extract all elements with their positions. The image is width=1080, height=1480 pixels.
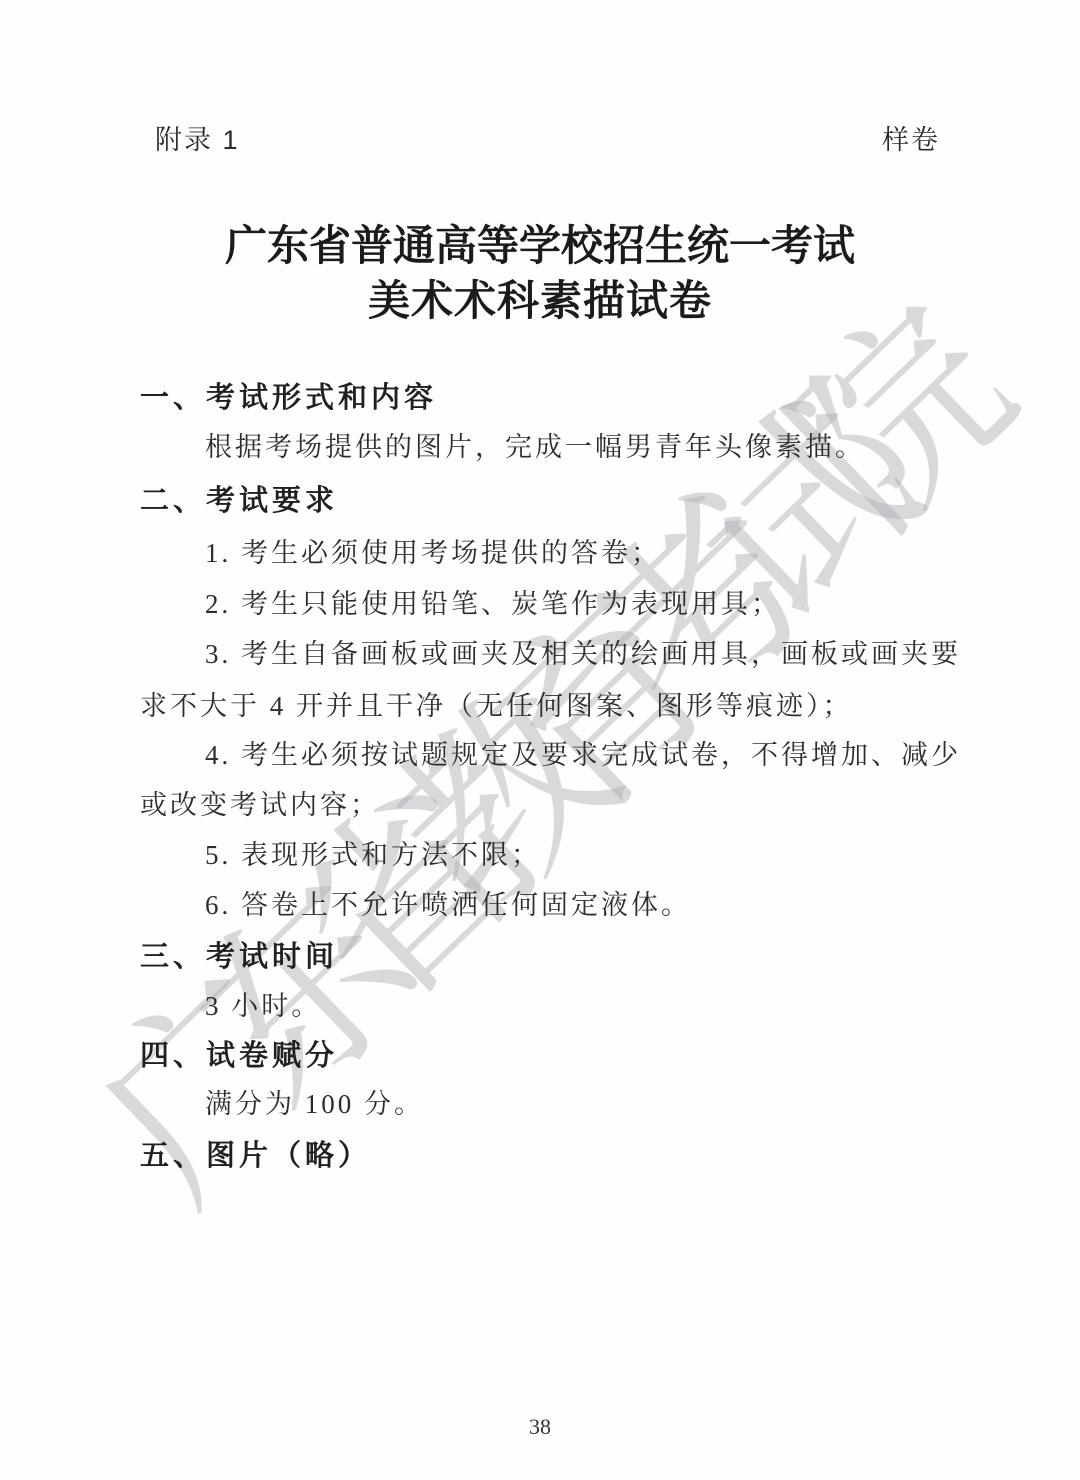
document-title-line2: 美术术科素描试卷 (0, 268, 1080, 328)
section-heading-2: 二、考试要求 (140, 483, 338, 519)
text-line: 求不大于 4 开并且干净（无任何图案、图形等痕迹）； (140, 690, 853, 724)
text-line: 4. 考生必须按试题规定及要求完成试卷，不得增加、减少 (140, 739, 961, 773)
text-line: 5. 表现形式和方法不限； (140, 839, 541, 873)
text-line: 或改变考试内容； (140, 789, 380, 823)
text-line: 3. 考生自备画板或画夹及相关的绘画用具，画板或画夹要 (140, 638, 961, 672)
section-heading-4: 四、试卷赋分 (140, 1038, 338, 1074)
document-page: 广东省教育考试院 附录 1 样卷 广东省普通高等学校招生统一考试 美术术科素描试… (0, 0, 1080, 1480)
text-line: 6. 答卷上不允许喷洒任何固定液体。 (140, 889, 691, 923)
text-line: 3 小时。 (140, 990, 321, 1024)
document-title-line1: 广东省普通高等学校招生统一考试 (0, 213, 1080, 273)
section-heading-1: 一、考试形式和内容 (140, 380, 437, 416)
page-number: 38 (0, 1414, 1080, 1440)
section-heading-5: 五、图片（略） (140, 1138, 371, 1174)
text-line: 满分为 100 分。 (140, 1088, 424, 1122)
appendix-label: 附录 1 (155, 118, 240, 157)
sample-paper-label: 样卷 (882, 118, 940, 157)
section-heading-3: 三、考试时间 (140, 939, 338, 975)
text-line: 2. 考生只能使用铅笔、炭笔作为表现用具； (140, 588, 781, 622)
text-line: 1. 考生必须使用考场提供的答卷； (140, 537, 661, 571)
text-line: 根据考场提供的图片，完成一幅男青年头像素描。 (140, 431, 865, 465)
page-meta-row: 附录 1 样卷 (0, 118, 1080, 158)
